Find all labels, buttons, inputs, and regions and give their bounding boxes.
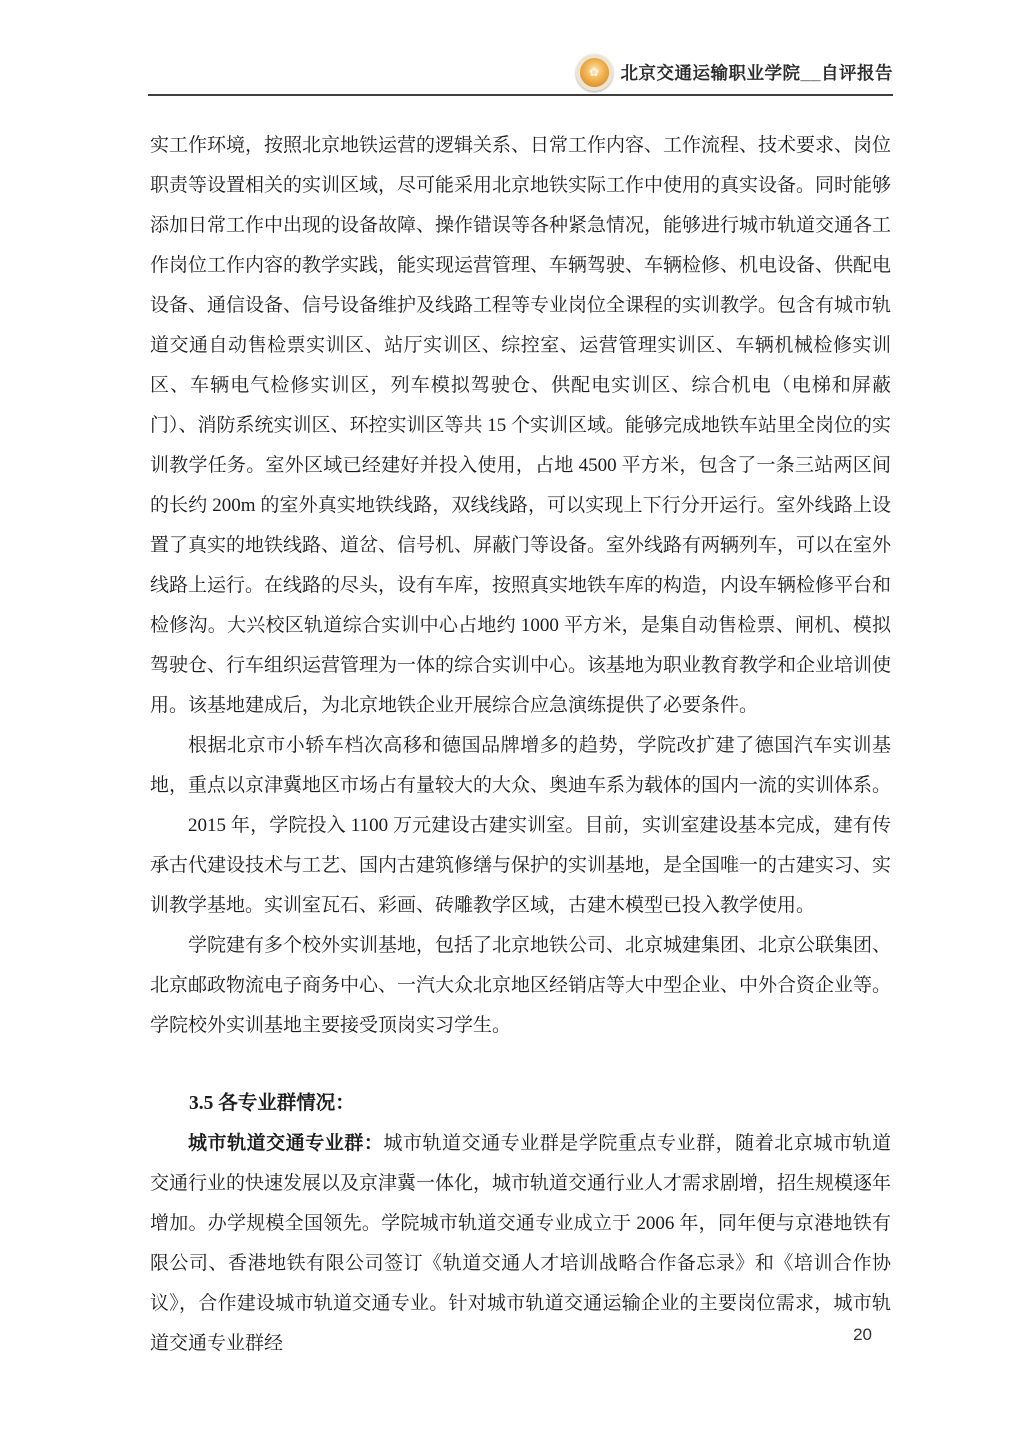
- paragraph: 2015 年，学院投入 1100 万元建设古建实训室。目前，实训室建设基本完成，…: [150, 806, 891, 926]
- section-heading: 3.5 各专业群情况：: [150, 1084, 891, 1124]
- seal-flower-glyph: ✿: [589, 66, 599, 78]
- header-rule: [148, 94, 893, 96]
- college-seal-icon: ✿: [576, 54, 613, 91]
- paragraph-text: 城市轨道交通专业群是学院重点专业群，随着北京城市轨道交通行业的快速发展以及京津冀…: [150, 1133, 891, 1354]
- paragraph: 根据北京市小轿车档次高移和德国品牌增多的趋势，学院改扩建了德国汽车实训基地，重点…: [150, 726, 891, 806]
- paragraph-bold-lead: 城市轨道交通专业群：: [188, 1133, 383, 1154]
- paragraph: 学院建有多个校外实训基地，包括了北京地铁公司、北京城建集团、北京公联集团、北京邮…: [150, 926, 891, 1046]
- document-body: 实工作环境，按照北京地铁运营的逻辑关系、日常工作内容、工作流程、技术要求、岗位职…: [150, 126, 891, 1364]
- paragraph: 实工作环境，按照北京地铁运营的逻辑关系、日常工作内容、工作流程、技术要求、岗位职…: [150, 126, 891, 726]
- page-header: ✿ 北京交通运输职业学院__自评报告: [148, 50, 893, 94]
- document-page: ✿ 北京交通运输职业学院__自评报告 实工作环境，按照北京地铁运营的逻辑关系、日…: [0, 0, 1024, 1448]
- page-number: 20: [150, 1322, 872, 1348]
- header-title: 北京交通运输职业学院__自评报告: [621, 60, 893, 85]
